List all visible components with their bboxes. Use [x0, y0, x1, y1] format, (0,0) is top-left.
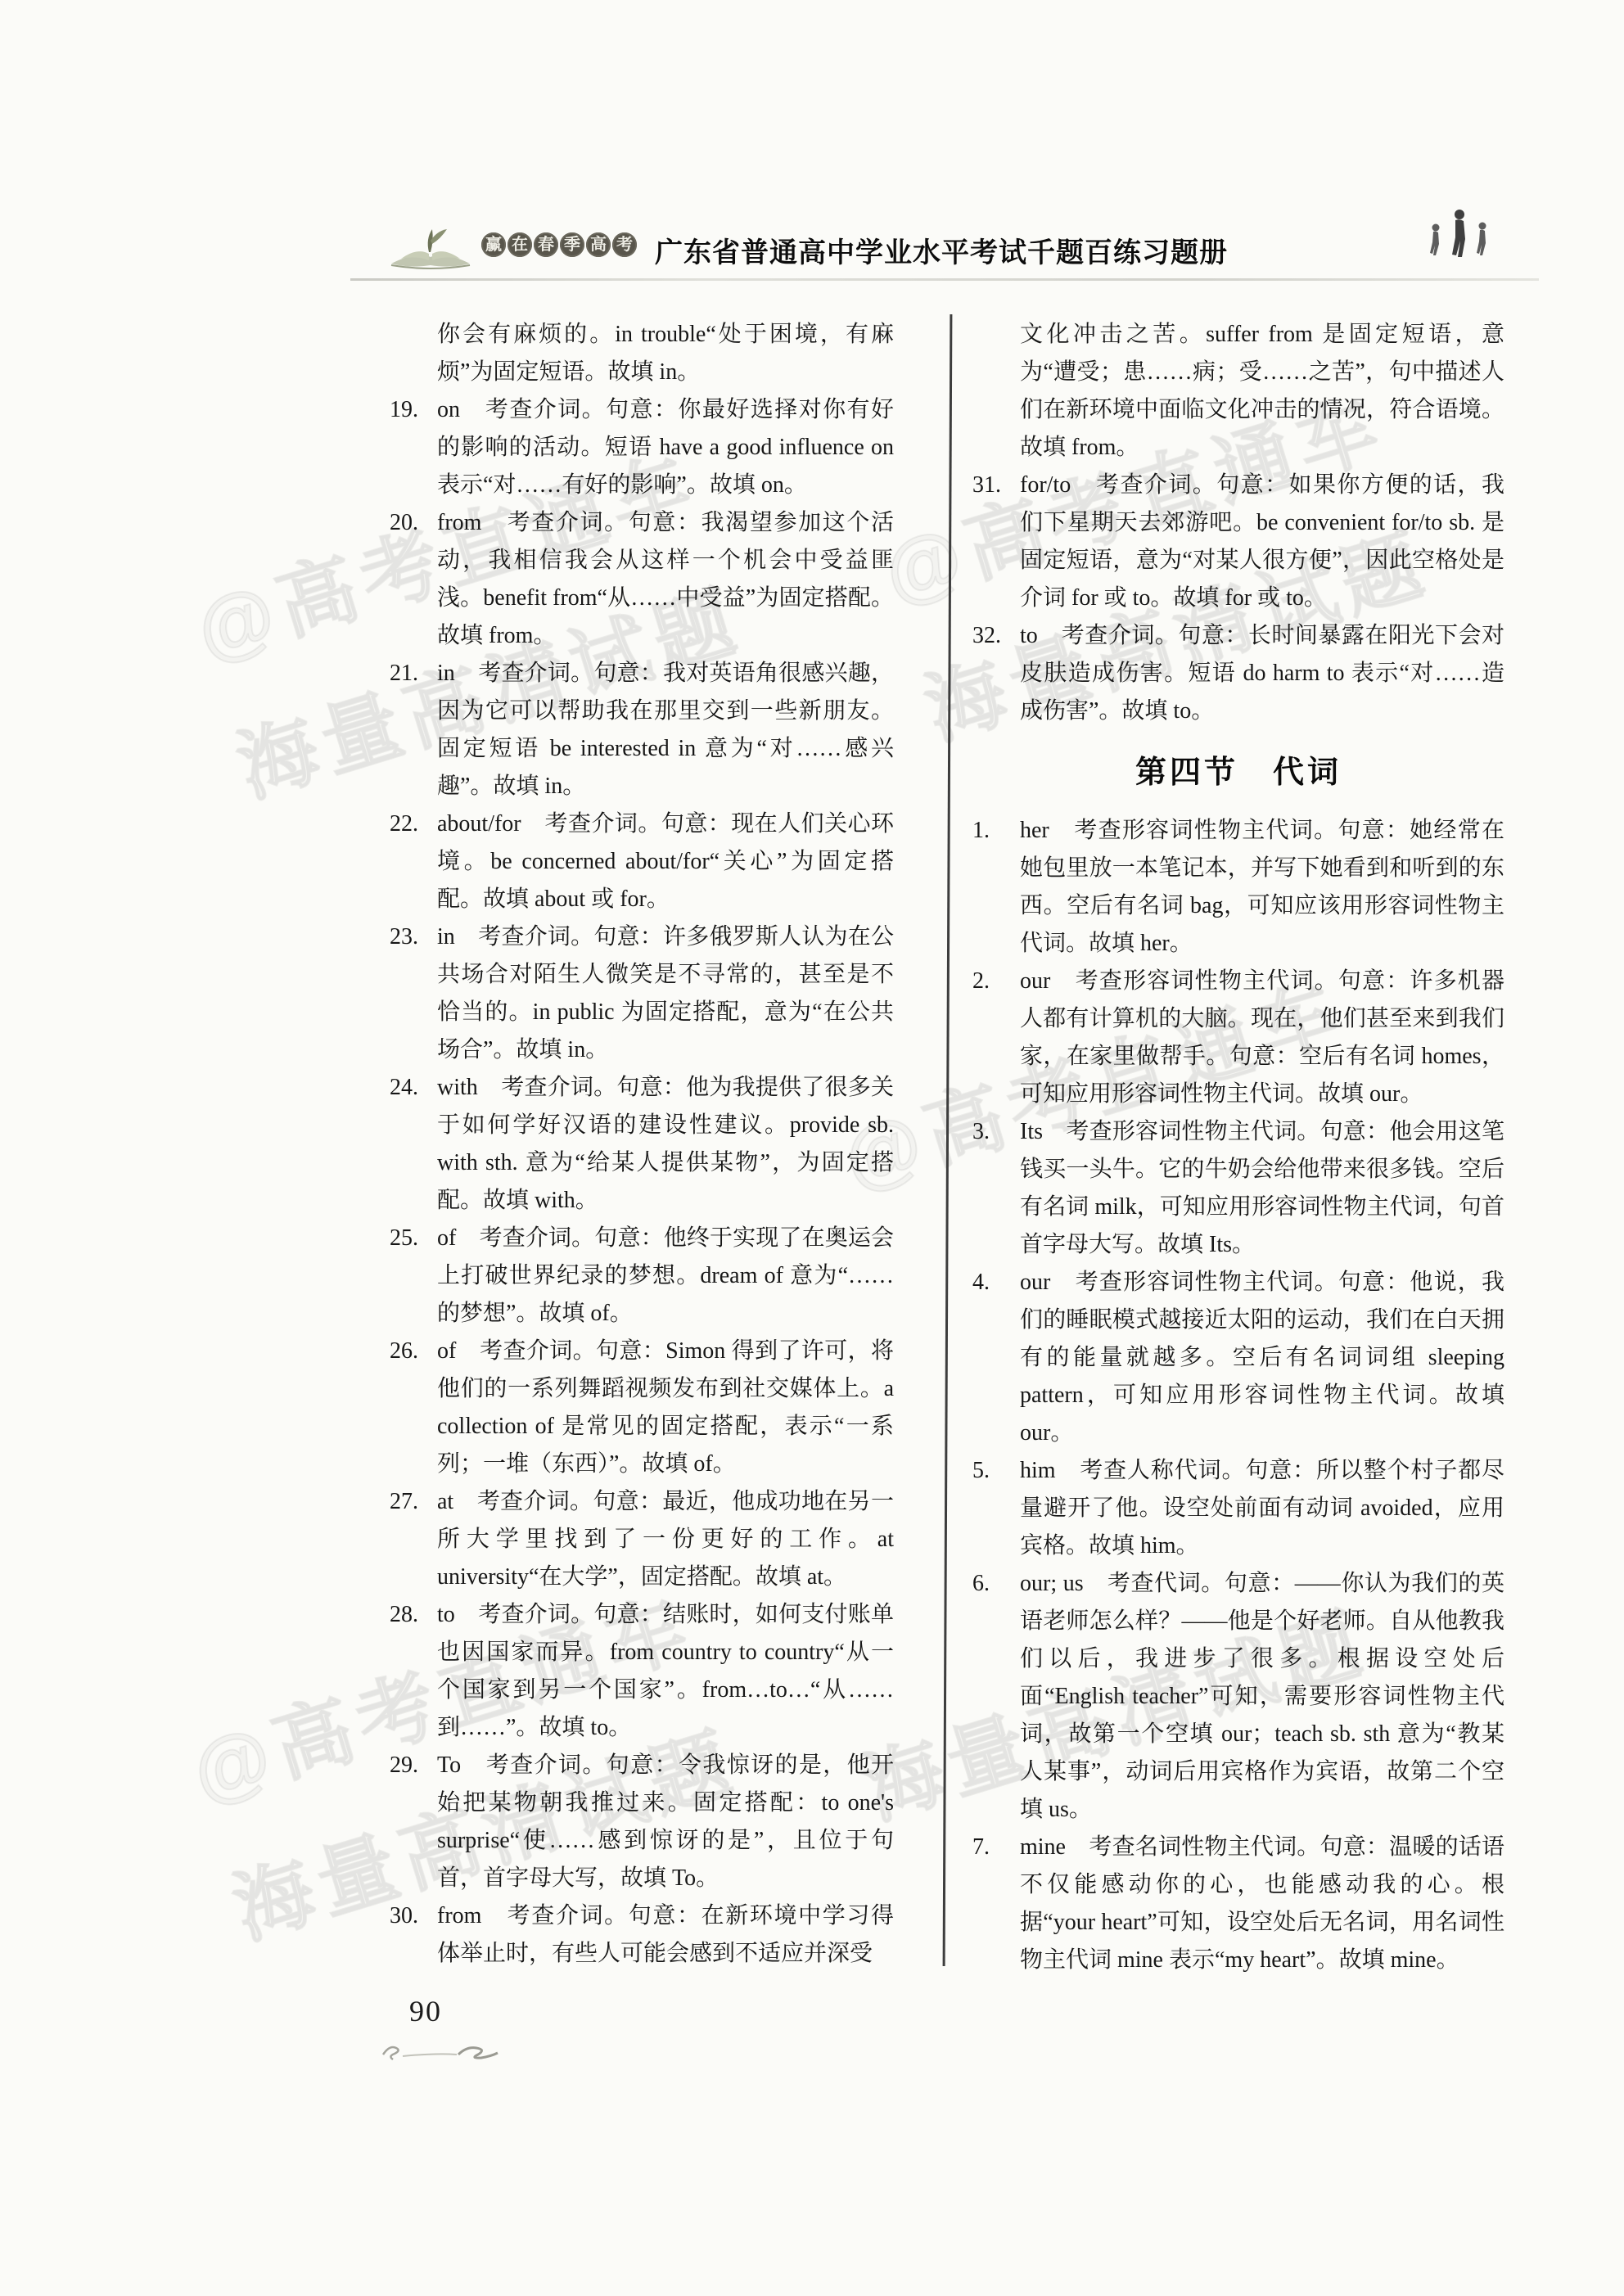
- item-number: 22.: [390, 805, 418, 843]
- answer-item: 23.in 考查介词。句意：许多俄罗斯人认为在公共场合对陌生人微笑是不寻常的，甚…: [390, 918, 894, 1069]
- item-text: of 考查介词。句意：他终于实现了在奥运会上打破世界纪录的梦想。dream of…: [437, 1225, 894, 1326]
- item-number: 3.: [972, 1113, 990, 1151]
- answer-item: 26.of 考查介词。句意：Simon 得到了许可，将他们的一系列舞蹈视频发布到…: [390, 1333, 894, 1483]
- answer-item: 27.at 考查介词。句意：最近，他成功地在另一所大学里找到了一份更好的工作。a…: [390, 1483, 894, 1596]
- badge-char: 春: [534, 232, 558, 257]
- answer-item: 32.to 考查介词。句意：长时间暴露在阳光下会对皮肤造成伤害。短语 do ha…: [972, 617, 1504, 730]
- answer-item: 30.from 考查介词。句意：在新环境中学习得体举止时，有些人可能会感到不适应…: [390, 1897, 894, 1973]
- item-number: 4.: [972, 1264, 990, 1301]
- item-number: 2.: [972, 963, 990, 1000]
- item-text: To 考查介词。句意：令我惊讶的是，他开始把某物朝我推过来。固定搭配：to on…: [437, 1752, 894, 1891]
- item-text: of 考查介词。句意：Simon 得到了许可，将他们的一系列舞蹈视频发布到社交媒…: [437, 1338, 894, 1477]
- item-text: to 考查介词。句意：长时间暴露在阳光下会对皮肤造成伤害。短语 do harm …: [1020, 623, 1504, 724]
- column-divider: [943, 314, 952, 1966]
- item-number: 31.: [972, 467, 1001, 504]
- pronoun-items: 1.her 考查形容词性物主代词。句意：她经常在她包里放一本笔记本，并写下她看到…: [972, 812, 1504, 1979]
- item-text: from 考查介词。句意：我渴望参加这个活动，我相信我会从这样一个机会中受益匪浅…: [437, 510, 894, 648]
- badge-char: 考: [612, 232, 637, 257]
- item-text: in 考查介词。句意：许多俄罗斯人认为在公共场合对陌生人微笑是不寻常的，甚至是不…: [437, 924, 894, 1062]
- item-number: 23.: [390, 918, 418, 956]
- item-text: from 考查介词。句意：在新环境中学习得体举止时，有些人可能会感到不适应并深受: [437, 1903, 894, 1966]
- answer-item: 29.To 考查介词。句意：令我惊讶的是，他开始把某物朝我推过来。固定搭配：to…: [390, 1747, 894, 1897]
- answer-item: 31.for/to 考查介词。句意：如果你方便的话，我们下星期天去郊游吧。be …: [972, 467, 1504, 617]
- badge-char: 高: [586, 232, 611, 257]
- item-number: 29.: [390, 1747, 418, 1784]
- item-number: 20.: [390, 504, 418, 542]
- answer-item: 3.Its 考查形容词性物主代词。句意：他会用这笔钱买一头牛。它的牛奶会给他带来…: [972, 1113, 1504, 1264]
- book-logo-icon: [385, 223, 476, 273]
- item-number: 19.: [390, 391, 418, 429]
- badge-char: 在: [508, 232, 532, 257]
- item-text: him 考查人称代词。句意：所以整个村子都尽量避开了他。设空处前面有动词 avo…: [1020, 1458, 1504, 1558]
- answer-item: 7.mine 考查名词性物主代词。句意：温暖的话语不仅能感动你的心，也能感动我的…: [972, 1829, 1504, 1979]
- answer-item: 5.him 考查人称代词。句意：所以整个村子都尽量避开了他。设空处前面有动词 a…: [972, 1452, 1504, 1565]
- item-number: 25.: [390, 1220, 418, 1257]
- footer-flourish-icon: [378, 2040, 526, 2063]
- answer-item: 21.in 考查介词。句意：我对英语角很感兴趣，因为它可以帮助我在那里交到一些新…: [390, 655, 894, 805]
- item-number: 1.: [972, 812, 990, 850]
- left-column: 你会有麻烦的。in trouble“处于困境，有麻烦”为固定短语。故填 in。1…: [390, 316, 894, 1973]
- answer-item: 25.of 考查介词。句意：他终于实现了在奥运会上打破世界纪录的梦想。dream…: [390, 1220, 894, 1333]
- answer-item: 1.her 考查形容词性物主代词。句意：她经常在她包里放一本笔记本，并写下她看到…: [972, 812, 1504, 963]
- item-number: 24.: [390, 1069, 418, 1107]
- answer-item: 2.our 考查形容词性物主代词。句意：许多机器人都有计算机的大脑。现在，他们甚…: [972, 963, 1504, 1113]
- page-number: 90: [409, 1994, 442, 2028]
- prep-items: 31.for/to 考查介词。句意：如果你方便的话，我们下星期天去郊游吧。be …: [972, 467, 1504, 730]
- item-text: 文化冲击之苦。suffer from 是固定短语，意为“遭受；患……病；受……之…: [1020, 322, 1504, 460]
- answer-item: 19.on 考查介词。句意：你最好选择对你有好的影响的活动。短语 have a …: [390, 391, 894, 504]
- answer-item: 20.from 考查介词。句意：我渴望参加这个活动，我相信我会从这样一个机会中受…: [390, 504, 894, 655]
- page-header: 赢在春季高考 广东省普通高中学业水平考试千题百练习题册: [0, 0, 1624, 286]
- item-number: 32.: [972, 617, 1001, 655]
- answer-item: 6.our; us 考查代词。句意：——你认为我们的英语老师怎么样？——他是个好…: [972, 1565, 1504, 1829]
- page-title: 广东省普通高中学业水平考试千题百练习题册: [655, 230, 1228, 270]
- item-text: about/for 考查介词。句意：现在人们关心环境。be concerned …: [437, 811, 894, 912]
- item-text: with 考查介词。句意：他为我提供了很多关于如何学好汉语的建设性建议。prov…: [437, 1075, 894, 1213]
- item-number: 7.: [972, 1829, 990, 1866]
- item-text: to 考查介词。句意：结账时，如何支付账单也因国家而异。from country…: [437, 1602, 894, 1740]
- answer-item: 22.about/for 考查介词。句意：现在人们关心环境。be concern…: [390, 805, 894, 918]
- item-text: our; us 考查代词。句意：——你认为我们的英语老师怎么样？——他是个好老师…: [1020, 1571, 1504, 1822]
- badge-char: 赢: [481, 232, 506, 257]
- section-title: 第四节 代词: [972, 751, 1504, 794]
- item-text: mine 考查名词性物主代词。句意：温暖的话语不仅能感动你的心，也能感动我的心。…: [1020, 1834, 1504, 1973]
- answer-item: 文化冲击之苦。suffer from 是固定短语，意为“遭受；患……病；受……之…: [972, 316, 1504, 467]
- answer-item: 24.with 考查介词。句意：他为我提供了很多关于如何学好汉语的建设性建议。p…: [390, 1069, 894, 1220]
- item-text: our 考查形容词性物主代词。句意：他说，我们的睡眠模式越接近太阳的运动，我们在…: [1020, 1270, 1504, 1446]
- header-rule: [350, 278, 1539, 281]
- item-text: at 考查介词。句意：最近，他成功地在另一所大学里找到了一份更好的工作。at u…: [437, 1489, 894, 1590]
- item-number: 26.: [390, 1333, 418, 1370]
- item-text: Its 考查形容词性物主代词。句意：他会用这笔钱买一头牛。它的牛奶会给他带来很多…: [1020, 1119, 1504, 1257]
- item-number: 6.: [972, 1565, 990, 1603]
- runners-icon: [1423, 206, 1496, 272]
- item-text: for/to 考查介词。句意：如果你方便的话，我们下星期天去郊游吧。be con…: [1020, 472, 1504, 611]
- brand-badge: 赢在春季高考: [481, 232, 637, 257]
- item-text: our 考查形容词性物主代词。句意：许多机器人都有计算机的大脑。现在，他们甚至来…: [1020, 968, 1504, 1107]
- item-text: on 考查介词。句意：你最好选择对你有好的影响的活动。短语 have a goo…: [437, 397, 894, 498]
- right-column: 文化冲击之苦。suffer from 是固定短语，意为“遭受；患……病；受……之…: [972, 316, 1504, 1979]
- item-text: her 考查形容词性物主代词。句意：她经常在她包里放一本笔记本，并写下她看到和听…: [1020, 818, 1504, 956]
- item-number: 5.: [972, 1452, 990, 1490]
- scanned-book-page: @高考直通车 海量高清试题 @高考直通车 海量高清试题 @高考直通车 @高考直通…: [0, 0, 1624, 2296]
- answer-item: 4.our 考查形容词性物主代词。句意：他说，我们的睡眠模式越接近太阳的运动，我…: [972, 1264, 1504, 1452]
- item-number: 27.: [390, 1483, 418, 1521]
- answer-item: 28.to 考查介词。句意：结账时，如何支付账单也因国家而异。from coun…: [390, 1596, 894, 1747]
- item-text: 你会有麻烦的。in trouble“处于困境，有麻烦”为固定短语。故填 in。: [437, 322, 894, 385]
- item-number: 28.: [390, 1596, 418, 1634]
- answer-item: 你会有麻烦的。in trouble“处于困境，有麻烦”为固定短语。故填 in。: [390, 316, 894, 391]
- item-text: in 考查介词。句意：我对英语角很感兴趣，因为它可以帮助我在那里交到一些新朋友。…: [437, 661, 894, 799]
- badge-char: 季: [560, 232, 584, 257]
- item-number: 30.: [390, 1897, 418, 1935]
- item-number: 21.: [390, 655, 418, 692]
